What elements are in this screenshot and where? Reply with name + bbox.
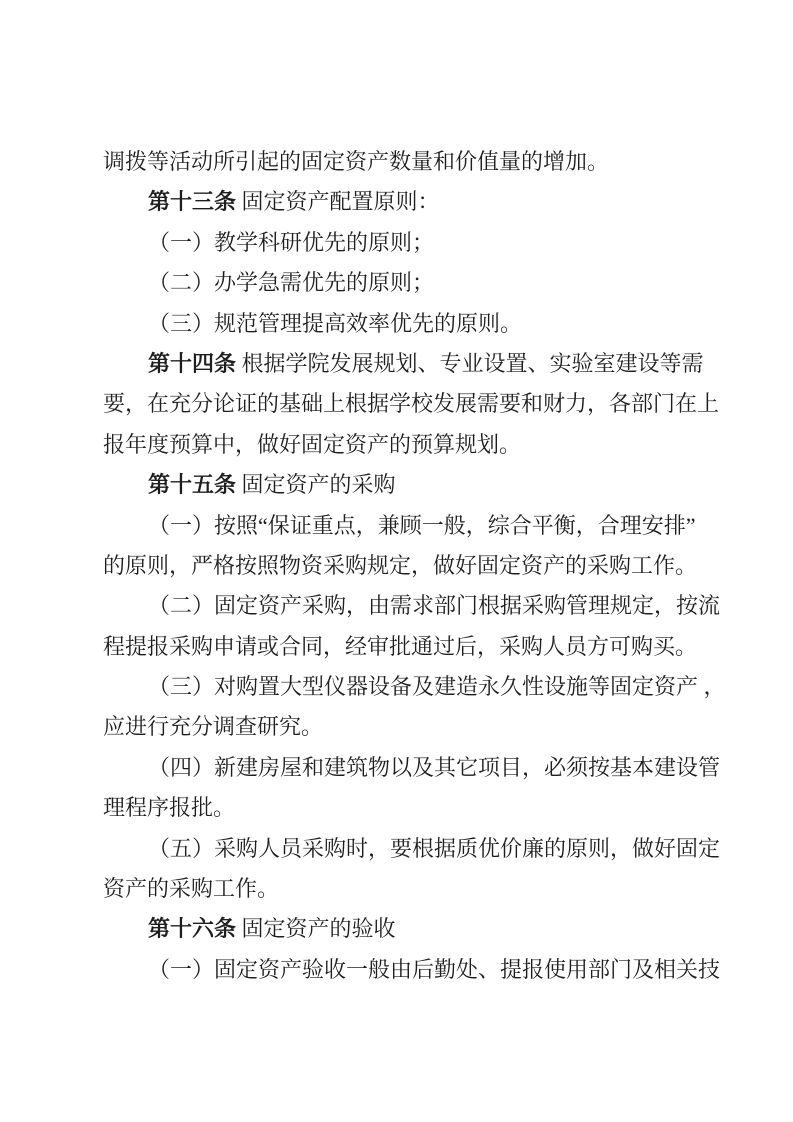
- text-body: 调拨等活动所引起的固定资产数量和价值量的增加。第十三条 固定资产配置原则：（一）…: [103, 142, 743, 990]
- text-line: 的原则，严格按照物资采购规定，做好固定资产的采购工作。: [103, 546, 743, 586]
- text-line: 调拨等活动所引起的固定资产数量和价值量的增加。: [103, 142, 743, 182]
- text-run: （一）按照“保证重点，兼顾一般，综合平衡，合理安排”: [148, 513, 696, 538]
- text-run: 报年度预算中，做好固定资产的预算规划。: [103, 432, 521, 457]
- text-run: （一）教学科研优先的原则；: [148, 230, 434, 255]
- text-line: （一）固定资产验收一般由后勤处、提报使用部门及相关技: [103, 950, 743, 990]
- text-run: （一）固定资产验收一般由后勤处、提报使用部门及相关技: [148, 957, 720, 982]
- text-run: 应进行充分调查研究。: [103, 714, 323, 739]
- text-line: 第十六条 固定资产的验收: [103, 909, 743, 949]
- text-line: （四）新建房屋和建筑物以及其它项目，必须按基本建设管: [103, 748, 743, 788]
- text-line: （三）规范管理提高效率优先的原则。: [103, 304, 743, 344]
- document-page: 调拨等活动所引起的固定资产数量和价值量的增加。第十三条 固定资产配置原则：（一）…: [0, 0, 793, 1122]
- text-run: 要，在充分论证的基础上根据学校发展需要和财力，各部门在上: [103, 391, 719, 416]
- text-line: 第十五条 固定资产的采购: [103, 465, 743, 505]
- text-run: （四）新建房屋和建筑物以及其它项目，必须按基本建设管: [148, 755, 720, 780]
- text-run: （三）规范管理提高效率优先的原则。: [148, 311, 522, 336]
- text-line: 要，在充分论证的基础上根据学校发展需要和财力，各部门在上: [103, 384, 743, 424]
- text-line: （三）对购置大型仪器设备及建造永久性设施等固定资产 ，: [103, 667, 743, 707]
- text-line: 第十四条 根据学院发展规划、专业设置、实验室建设等需: [103, 344, 743, 384]
- text-run: 根据学院发展规划、专业设置、实验室建设等需: [236, 351, 704, 376]
- text-line: 理程序报批。: [103, 788, 743, 828]
- text-run: （二）办学急需优先的原则；: [148, 270, 434, 295]
- text-run: 的原则，严格按照物资采购规定，做好固定资产的采购工作。: [103, 553, 697, 578]
- article-number: 第十五条: [148, 472, 236, 497]
- article-number: 第十四条: [148, 351, 236, 376]
- text-line: 第十三条 固定资产配置原则：: [103, 182, 743, 222]
- text-run: （二）固定资产采购，由需求部门根据采购管理规定，按流: [148, 593, 720, 618]
- text-run: 固定资产配置原则：: [236, 189, 440, 214]
- text-line: 资产的采购工作。: [103, 869, 743, 909]
- text-run: 资产的采购工作。: [103, 876, 279, 901]
- text-run: 固定资产的采购: [236, 472, 396, 497]
- text-line: （一）按照“保证重点，兼顾一般，综合平衡，合理安排”: [103, 506, 743, 546]
- text-run: 固定资产的验收: [236, 916, 396, 941]
- text-run: （三）对购置大型仪器设备及建造永久性设施等固定资产 ，: [148, 674, 726, 699]
- article-number: 第十三条: [148, 189, 236, 214]
- text-run: （五）采购人员采购时，要根据质优价廉的原则，做好固定: [148, 836, 720, 861]
- text-line: （二）固定资产采购，由需求部门根据采购管理规定，按流: [103, 586, 743, 626]
- article-number: 第十六条: [148, 916, 236, 941]
- text-line: （二）办学急需优先的原则；: [103, 263, 743, 303]
- text-line: 报年度预算中，做好固定资产的预算规划。: [103, 425, 743, 465]
- text-line: 程提报采购申请或合同，经审批通过后，采购人员方可购买。: [103, 627, 743, 667]
- text-run: 程提报采购申请或合同，经审批通过后，采购人员方可购买。: [103, 634, 697, 659]
- text-line: （一）教学科研优先的原则；: [103, 223, 743, 263]
- text-line: 应进行充分调查研究。: [103, 707, 743, 747]
- text-run: 调拨等活动所引起的固定资产数量和价值量的增加。: [103, 149, 609, 174]
- text-line: （五）采购人员采购时，要根据质优价廉的原则，做好固定: [103, 829, 743, 869]
- text-run: 理程序报批。: [103, 795, 235, 820]
